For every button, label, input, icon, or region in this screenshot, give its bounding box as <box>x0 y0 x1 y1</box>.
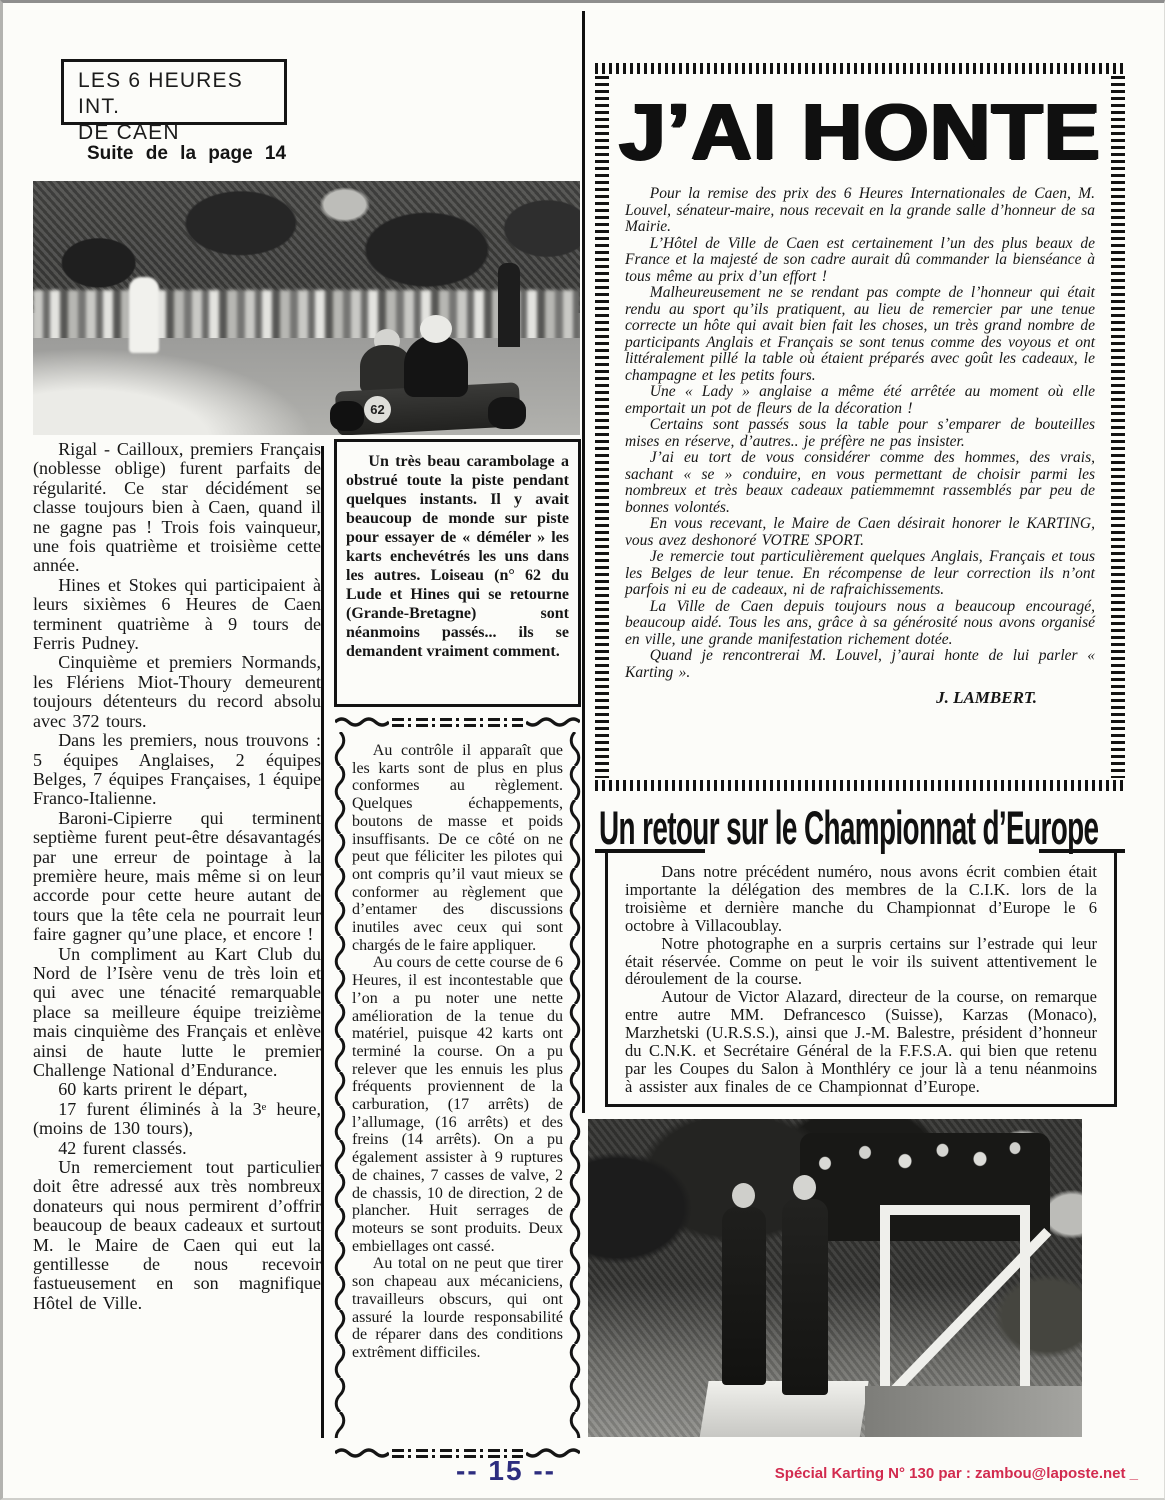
europe-title: Un retour sur le Championnat d’Europe <box>599 804 1098 851</box>
article-paragraph: Au cours de cette course de 6 Heures, il… <box>352 954 563 1255</box>
article-paragraph: 17 furent éliminés à la 3ᵉ heure, (moins… <box>33 1100 321 1139</box>
race-photo-kart: 62 <box>330 307 526 431</box>
article-paragraph: Dans les premiers, nous trouvons : 5 équ… <box>33 731 321 809</box>
center-column-rule <box>582 11 585 1113</box>
wave-flourish-right <box>526 716 580 728</box>
inspection-article: Au contrôle il apparaît que les karts so… <box>334 732 581 1438</box>
podium-photo-official-left <box>722 1207 766 1385</box>
watermark-credit: Spécial Karting N° 130 par : zambou@lapo… <box>775 1465 1138 1482</box>
wavy-border-right <box>569 732 581 1438</box>
article-paragraph: Autour de Victor Alazard, directeur de l… <box>625 988 1097 1095</box>
article-paragraph: Rigal - Cailloux, premiers Français (nob… <box>33 440 321 576</box>
article-paragraph: Cinquième et premiers Normands, les Flér… <box>33 653 321 731</box>
caption-column: Un très beau carambolage a obstrué toute… <box>334 439 581 1463</box>
article-paragraph: Un compliment au Kart Club du Nord de l’… <box>33 945 321 1081</box>
honte-article-content: J’AI HONTE Pour la remise des prix des 6… <box>617 76 1103 778</box>
article-paragraph: Dans notre précédent numéro, nous avons … <box>625 863 1097 935</box>
dash-border-right <box>1111 76 1125 778</box>
article-paragraph: Hines et Stokes qui participaient à leur… <box>33 576 321 654</box>
kart-number-plate: 62 <box>364 396 391 423</box>
dash-border-left <box>595 76 609 778</box>
race-photo-spectator <box>129 277 159 353</box>
kicker-line-1: LES 6 HEURES INT. <box>78 68 284 120</box>
page-number: -- 15 -- <box>456 1455 556 1487</box>
article-paragraph: En vous recevant, le Maire de Caen désir… <box>625 516 1095 549</box>
podium-photo-railing-diagonal <box>889 1228 1052 1396</box>
podium-photo-railing <box>880 1205 1030 1405</box>
honte-signature: J. LAMBERT. <box>625 688 1095 708</box>
article-paragraph: Au contrôle il apparaît que les karts so… <box>352 742 563 954</box>
article-paragraph: Pour la remise des prix des 6 Heures Int… <box>625 186 1095 236</box>
wavy-border-left <box>334 732 346 1438</box>
continuation-note: Suite de la page 14 <box>87 143 286 165</box>
article-paragraph: 42 furent classés. <box>33 1139 321 1158</box>
magazine-page: LES 6 HEURES INT. DE CAEN Suite de la pa… <box>0 0 1165 1500</box>
dash-border-bottom <box>595 780 1125 791</box>
race-photo: 62 <box>33 181 580 435</box>
inspection-article-text: Au contrôle il apparaît que les karts so… <box>346 732 569 1438</box>
article-paragraph: L’Hôtel de Ville de Caen est certainemen… <box>625 236 1095 286</box>
section-kicker-box: LES 6 HEURES INT. DE CAEN <box>61 59 287 125</box>
article-paragraph: Malheureusement ne se rendant pas compte… <box>625 285 1095 384</box>
article-paragraph: J’ai eu tort de vous considérer comme de… <box>625 450 1095 516</box>
article-paragraph: Certains sont passés sous la table pour … <box>625 417 1095 450</box>
article-paragraph: Baroni-Cipierre qui terminent septième f… <box>33 809 321 945</box>
article-paragraph: Un remerciement tout particulier doit êt… <box>33 1158 321 1313</box>
article-paragraph: Au total on ne peut que tirer son chapea… <box>352 1255 563 1361</box>
podium-photo <box>588 1119 1082 1437</box>
article-paragraph: Quand je rencontrerai M. Louvel, j’aurai… <box>625 648 1095 681</box>
article-paragraph: Notre photographe en a surpris certains … <box>625 935 1097 989</box>
article-paragraph: La Ville de Caen depuis toujours nous a … <box>625 599 1095 649</box>
kart-helmet <box>420 315 452 343</box>
ornament-divider-top <box>335 715 580 729</box>
dash-dot-rule <box>392 718 523 727</box>
kart-driver <box>404 335 468 397</box>
europe-article-box: Dans notre précédent numéro, nous avons … <box>605 851 1117 1107</box>
kart-wheel-right <box>488 397 526 429</box>
photo-caption-box: Un très beau carambolage a obstrué toute… <box>334 439 581 707</box>
wave-flourish-left <box>335 1447 389 1459</box>
wave-flourish-left <box>335 716 389 728</box>
dash-border-top <box>595 63 1125 74</box>
main-article-column: Rigal - Cailloux, premiers Français (nob… <box>33 440 321 1438</box>
honte-article-box: J’AI HONTE Pour la remise des prix des 6… <box>595 63 1125 791</box>
honte-title: J’AI HONTE <box>617 92 1103 172</box>
podium-photo-ground <box>865 1386 1082 1437</box>
article-paragraph: 60 karts prirent le départ, <box>33 1080 321 1099</box>
article-paragraph: Une « Lady » anglaise a même été arrêtée… <box>625 384 1095 417</box>
podium-photo-official-right <box>782 1199 828 1395</box>
kart-wheel-left <box>330 401 364 431</box>
article-paragraph: Je remercie tout particulièrement quelqu… <box>625 549 1095 599</box>
column-divider-rule <box>321 446 324 1438</box>
